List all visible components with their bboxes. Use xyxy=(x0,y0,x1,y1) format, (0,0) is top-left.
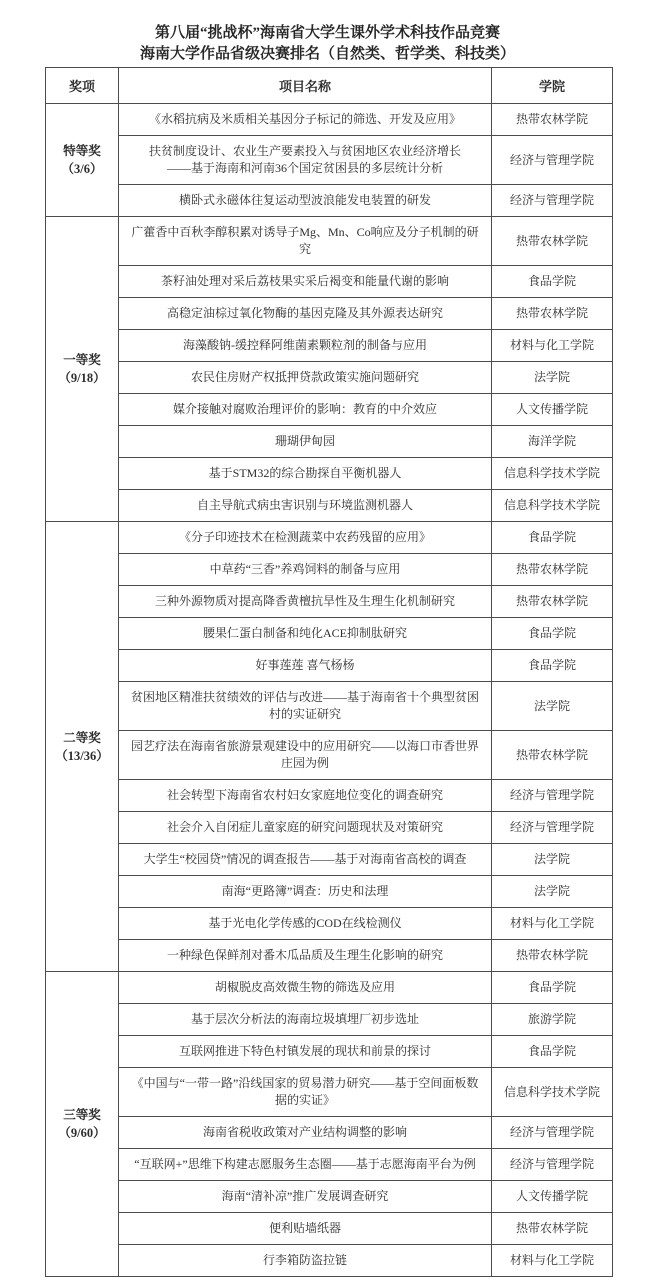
college-cell: 经济与管理学院 xyxy=(492,1117,613,1149)
college-cell: 材料与化工学院 xyxy=(492,908,613,940)
table-row: “互联网+”思维下构建志愿服务生态圈——基于志愿海南平台为例经济与管理学院 xyxy=(46,1149,613,1181)
college-cell: 食品学院 xyxy=(492,522,613,554)
award-ratio: （13/36） xyxy=(48,747,116,765)
project-cell: 海南省税收政策对产业结构调整的影响 xyxy=(119,1117,492,1149)
project-cell: 农民住房财产权抵押贷款政策实施问题研究 xyxy=(119,362,492,394)
project-cell: 基于光电化学传感的COD在线检测仪 xyxy=(119,908,492,940)
project-cell: 广藿香中百秋李醇积累对诱导子Mg、Mn、Co响应及分子机制的研究 xyxy=(119,217,492,266)
college-cell: 信息科学技术学院 xyxy=(492,490,613,522)
project-cell: 大学生“校园贷”情况的调查报告——基于对海南省高校的调查 xyxy=(119,844,492,876)
project-cell: 《水稻抗病及米质相关基因分子标记的筛选、开发及应用》 xyxy=(119,104,492,136)
award-cell: 三等奖（9/60） xyxy=(46,972,119,1277)
table-row: 茶籽油处理对采后荔枝果实采后褐变和能量代谢的影响食品学院 xyxy=(46,266,613,298)
table-row: 基于光电化学传感的COD在线检测仪材料与化工学院 xyxy=(46,908,613,940)
college-cell: 法学院 xyxy=(492,844,613,876)
college-cell: 经济与管理学院 xyxy=(492,812,613,844)
college-cell: 食品学院 xyxy=(492,972,613,1004)
table-row: 互联网推进下特色村镇发展的现状和前景的探讨食品学院 xyxy=(46,1036,613,1068)
table-row: 三种外源物质对提高降香黄檀抗旱性及生理生化机制研究热带农林学院 xyxy=(46,586,613,618)
header-award: 奖项 xyxy=(46,68,119,104)
award-cell: 一等奖（9/18） xyxy=(46,217,119,522)
table-row: 媒介接触对腐败治理评价的影响：教育的中介效应人文传播学院 xyxy=(46,394,613,426)
table-row: 二等奖（13/36）《分子印迹技术在检测蔬菜中农药残留的应用》食品学院 xyxy=(46,522,613,554)
table-row: 腰果仁蛋白制备和纯化ACE抑制肽研究食品学院 xyxy=(46,618,613,650)
college-cell: 经济与管理学院 xyxy=(492,780,613,812)
table-row: 大学生“校园贷”情况的调查报告——基于对海南省高校的调查法学院 xyxy=(46,844,613,876)
table-row: 海南“清补凉”推广发展调查研究人文传播学院 xyxy=(46,1181,613,1213)
page-title: 第八届“挑战杯”海南省大学生课外学术科技作品竞赛 海南大学作品省级决赛排名（自然… xyxy=(0,23,655,65)
award-ratio: （9/18） xyxy=(48,369,116,387)
college-cell: 热带农林学院 xyxy=(492,298,613,330)
table-row: 便利贴墙纸器热带农林学院 xyxy=(46,1213,613,1245)
college-cell: 热带农林学院 xyxy=(492,554,613,586)
project-cell: 园艺疗法在海南省旅游景观建设中的应用研究——以海口市香世界庄园为例 xyxy=(119,731,492,780)
project-cell: 基于层次分析法的海南垃圾填埋厂初步选址 xyxy=(119,1004,492,1036)
table-row: 一等奖（9/18）广藿香中百秋李醇积累对诱导子Mg、Mn、Co响应及分子机制的研… xyxy=(46,217,613,266)
project-cell: 《中国与“一带一路”沿线国家的贸易潜力研究——基于空间面板数据的实证》 xyxy=(119,1068,492,1117)
table-row: 基于层次分析法的海南垃圾填埋厂初步选址旅游学院 xyxy=(46,1004,613,1036)
award-label: 特等奖 xyxy=(48,142,116,160)
header-project: 项目名称 xyxy=(119,68,492,104)
project-cell: 中草药“三香”养鸡饲料的制备与应用 xyxy=(119,554,492,586)
table-row: 扶贫制度设计、农业生产要素投入与贫困地区农业经济增长 ——基于海南和河南36个国… xyxy=(46,136,613,185)
project-cell: 海藻酸钠-缓控释阿维菌素颗粒剂的制备与应用 xyxy=(119,330,492,362)
table-row: 农民住房财产权抵押贷款政策实施问题研究法学院 xyxy=(46,362,613,394)
project-cell: 好事莲莲 喜气杨杨 xyxy=(119,650,492,682)
table-row: 社会介入自闭症儿童家庭的研究问题现状及对策研究经济与管理学院 xyxy=(46,812,613,844)
table-row: 南海“更路簿”调查：历史和法理法学院 xyxy=(46,876,613,908)
award-label: 三等奖 xyxy=(48,1106,116,1124)
table-row: 高稳定油棕过氧化物酶的基因克隆及其外源表达研究热带农林学院 xyxy=(46,298,613,330)
results-table: 奖项 项目名称 学院 特等奖（3/6）《水稻抗病及米质相关基因分子标记的筛选、开… xyxy=(45,67,613,1277)
project-cell: 《分子印迹技术在检测蔬菜中农药残留的应用》 xyxy=(119,522,492,554)
project-cell: 珊瑚伊甸园 xyxy=(119,426,492,458)
table-row: 贫困地区精准扶贫绩效的评估与改进——基于海南省十个典型贫困村的实证研究法学院 xyxy=(46,682,613,731)
table-row: 好事莲莲 喜气杨杨食品学院 xyxy=(46,650,613,682)
table-row: 自主导航式病虫害识别与环境监测机器人信息科学技术学院 xyxy=(46,490,613,522)
project-cell: 行李箱防盗拉链 xyxy=(119,1245,492,1277)
table-row: 三等奖（9/60）胡椒脱皮高效微生物的筛选及应用食品学院 xyxy=(46,972,613,1004)
college-cell: 食品学院 xyxy=(492,1036,613,1068)
table-row: 社会转型下海南省农村妇女家庭地位变化的调查研究经济与管理学院 xyxy=(46,780,613,812)
project-cell: 媒介接触对腐败治理评价的影响：教育的中介效应 xyxy=(119,394,492,426)
table-row: 横卧式永磁体往复运动型波浪能发电装置的研发经济与管理学院 xyxy=(46,185,613,217)
college-cell: 经济与管理学院 xyxy=(492,185,613,217)
project-cell: 自主导航式病虫害识别与环境监测机器人 xyxy=(119,490,492,522)
project-cell: 社会转型下海南省农村妇女家庭地位变化的调查研究 xyxy=(119,780,492,812)
award-ratio: （9/60） xyxy=(48,1124,116,1142)
project-cell: 海南“清补凉”推广发展调查研究 xyxy=(119,1181,492,1213)
project-cell: 三种外源物质对提高降香黄檀抗旱性及生理生化机制研究 xyxy=(119,586,492,618)
table-row: 一种绿色保鲜剂对番木瓜品质及生理生化影响的研究热带农林学院 xyxy=(46,940,613,972)
award-label: 一等奖 xyxy=(48,351,116,369)
award-label: 二等奖 xyxy=(48,729,116,747)
table-row: 中草药“三香”养鸡饲料的制备与应用热带农林学院 xyxy=(46,554,613,586)
award-cell: 二等奖（13/36） xyxy=(46,522,119,972)
college-cell: 法学院 xyxy=(492,362,613,394)
project-cell: 腰果仁蛋白制备和纯化ACE抑制肽研究 xyxy=(119,618,492,650)
college-cell: 食品学院 xyxy=(492,266,613,298)
page-title-line2: 海南大学作品省级决赛排名（自然类、哲学类、科技类） xyxy=(0,44,655,65)
college-cell: 热带农林学院 xyxy=(492,217,613,266)
project-cell: 高稳定油棕过氧化物酶的基因克隆及其外源表达研究 xyxy=(119,298,492,330)
college-cell: 热带农林学院 xyxy=(492,104,613,136)
college-cell: 信息科学技术学院 xyxy=(492,458,613,490)
header-row: 奖项 项目名称 学院 xyxy=(46,68,613,104)
college-cell: 食品学院 xyxy=(492,618,613,650)
project-cell: 扶贫制度设计、农业生产要素投入与贫困地区农业经济增长 ——基于海南和河南36个国… xyxy=(119,136,492,185)
table-row: 《中国与“一带一路”沿线国家的贸易潜力研究——基于空间面板数据的实证》信息科学技… xyxy=(46,1068,613,1117)
college-cell: 热带农林学院 xyxy=(492,586,613,618)
project-cell: 互联网推进下特色村镇发展的现状和前景的探讨 xyxy=(119,1036,492,1068)
college-cell: 热带农林学院 xyxy=(492,940,613,972)
table-row: 海南省税收政策对产业结构调整的影响经济与管理学院 xyxy=(46,1117,613,1149)
award-ratio: （3/6） xyxy=(48,160,116,178)
award-cell: 特等奖（3/6） xyxy=(46,104,119,217)
college-cell: 海洋学院 xyxy=(492,426,613,458)
table-row: 珊瑚伊甸园海洋学院 xyxy=(46,426,613,458)
project-cell: 便利贴墙纸器 xyxy=(119,1213,492,1245)
project-cell: 一种绿色保鲜剂对番木瓜品质及生理生化影响的研究 xyxy=(119,940,492,972)
project-cell: 茶籽油处理对采后荔枝果实采后褐变和能量代谢的影响 xyxy=(119,266,492,298)
project-cell: 胡椒脱皮高效微生物的筛选及应用 xyxy=(119,972,492,1004)
college-cell: 法学院 xyxy=(492,876,613,908)
project-cell: 贫困地区精准扶贫绩效的评估与改进——基于海南省十个典型贫困村的实证研究 xyxy=(119,682,492,731)
table-row: 海藻酸钠-缓控释阿维菌素颗粒剂的制备与应用材料与化工学院 xyxy=(46,330,613,362)
college-cell: 法学院 xyxy=(492,682,613,731)
table-row: 园艺疗法在海南省旅游景观建设中的应用研究——以海口市香世界庄园为例热带农林学院 xyxy=(46,731,613,780)
project-cell: “互联网+”思维下构建志愿服务生态圈——基于志愿海南平台为例 xyxy=(119,1149,492,1181)
college-cell: 旅游学院 xyxy=(492,1004,613,1036)
project-cell: 南海“更路簿”调查：历史和法理 xyxy=(119,876,492,908)
college-cell: 热带农林学院 xyxy=(492,1213,613,1245)
table-row: 特等奖（3/6）《水稻抗病及米质相关基因分子标记的筛选、开发及应用》热带农林学院 xyxy=(46,104,613,136)
college-cell: 材料与化工学院 xyxy=(492,330,613,362)
college-cell: 经济与管理学院 xyxy=(492,136,613,185)
project-cell: 横卧式永磁体往复运动型波浪能发电装置的研发 xyxy=(119,185,492,217)
page-title-line1: 第八届“挑战杯”海南省大学生课外学术科技作品竞赛 xyxy=(0,23,655,44)
college-cell: 经济与管理学院 xyxy=(492,1149,613,1181)
college-cell: 人文传播学院 xyxy=(492,1181,613,1213)
college-cell: 人文传播学院 xyxy=(492,394,613,426)
table-row: 行李箱防盗拉链材料与化工学院 xyxy=(46,1245,613,1277)
college-cell: 材料与化工学院 xyxy=(492,1245,613,1277)
header-college: 学院 xyxy=(492,68,613,104)
college-cell: 信息科学技术学院 xyxy=(492,1068,613,1117)
project-cell: 社会介入自闭症儿童家庭的研究问题现状及对策研究 xyxy=(119,812,492,844)
table-row: 基于STM32的综合勘探自平衡机器人信息科学技术学院 xyxy=(46,458,613,490)
college-cell: 热带农林学院 xyxy=(492,731,613,780)
college-cell: 食品学院 xyxy=(492,650,613,682)
project-cell: 基于STM32的综合勘探自平衡机器人 xyxy=(119,458,492,490)
